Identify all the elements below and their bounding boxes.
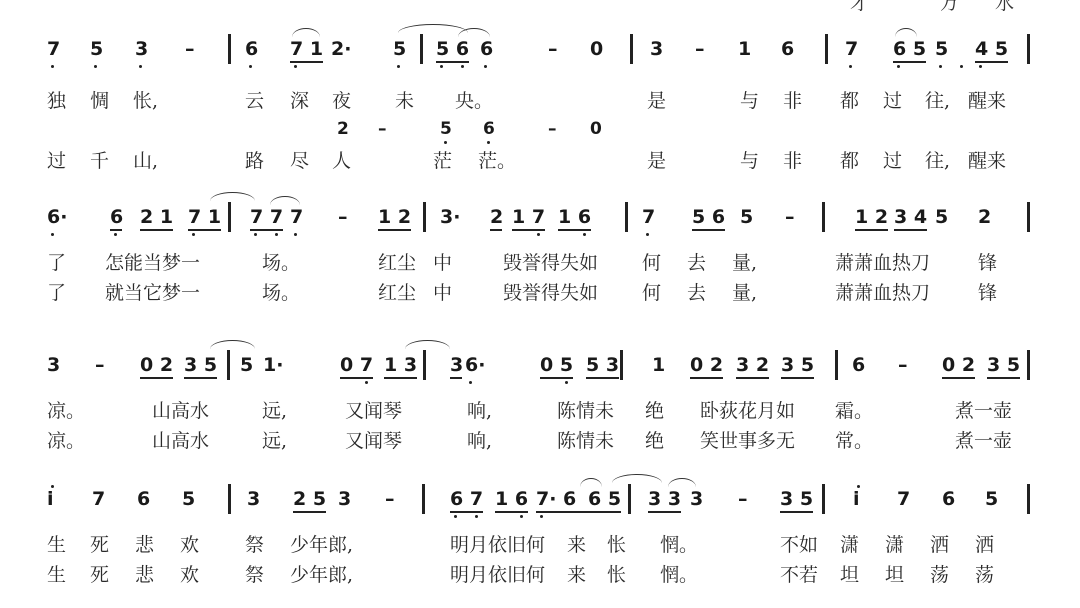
slur-arc [458,28,490,37]
jianpu-note: 6· [465,354,485,376]
jianpu-note: 1 3 [384,354,417,376]
low-octave-dot [275,233,278,236]
jianpu-note: 6 [110,206,123,228]
jianpu-note: 7 [845,38,858,60]
lyric-verse-1: 祭 [245,534,264,556]
jianpu-note: 1 7 [512,206,545,228]
beam-underline [558,229,591,231]
lyric-verse-2: 茫。 [478,150,516,172]
beam-underline [588,511,621,513]
beam-underline [250,229,283,231]
jianpu-note: 5 3 [586,354,619,376]
lyric-verse-1: 怅 [607,534,626,556]
barline [1027,34,1030,64]
beam-underline [736,377,769,379]
beam-underline [188,229,221,231]
beam-underline [512,229,545,231]
lyric-verse-2: 惘。 [660,564,698,586]
jianpu-note: 5 [240,354,253,376]
lyric-verse-2: 非 [783,150,802,172]
low-octave-dot [114,233,117,236]
lyric-verse-1: 量, [732,252,757,274]
partial-lyric: 万 [940,0,959,15]
jianpu-note: 0 2 [942,354,975,376]
beam-underline [893,61,926,63]
lyric-verse-1: 惆 [90,90,109,112]
beam-underline [586,377,619,379]
beam-underline [855,229,888,231]
beam-underline [436,61,469,63]
jianpu-note: 1 6 [558,206,591,228]
barline [420,34,423,64]
low-octave-dot [294,233,297,236]
low-octave-dot [469,381,472,384]
high-octave-dot [51,485,54,488]
jianpu-note: 2 [490,206,503,228]
jianpu-note: 6 [781,38,794,60]
jianpu-note: 6 5 [893,38,926,60]
low-octave-dot [849,65,852,68]
beam-underline [690,377,723,379]
low-octave-dot [454,515,457,518]
jianpu-note: 5 6 [436,38,469,60]
jianpu-note: 0 [590,38,603,60]
jianpu-note: – [548,38,558,60]
jianpu-note: 6 [942,488,955,510]
jianpu-note: 1 2 [378,206,411,228]
lyric-verse-1: 明月依旧何 [450,534,545,556]
jianpu-note: 5 [393,38,406,60]
beam-underline [290,61,323,63]
beam-underline [648,511,681,513]
lyric-verse-1: 卧荻花月如 [700,400,795,422]
low-octave-dot [897,65,900,68]
lyric-verse-1: 欢 [180,534,199,556]
beam-underline [536,511,591,513]
barline [625,202,628,232]
lyric-verse-1: 生 [47,534,66,556]
lyric-verse-2: 山, [133,150,158,172]
lyric-verse-1: 往, [925,90,950,112]
jianpu-note: 6 [852,354,865,376]
alt-note: 6 [483,118,495,140]
barline [835,350,838,380]
low-octave-dot [960,65,963,68]
jianpu-note: 5 [935,206,948,228]
lyric-verse-2: 来 [567,564,586,586]
lyric-verse-1: 惘。 [660,534,698,556]
jianpu-note: 3 [338,488,351,510]
jianpu-note: 3 [450,354,463,376]
slur-arc [292,28,320,37]
barline [825,34,828,64]
barline [228,484,231,514]
lyric-verse-1: 悲 [135,534,154,556]
jianpu-note: 6 [480,38,493,60]
barline [423,350,426,380]
lyric-verse-1: 山高水 [152,400,209,422]
high-octave-dot [857,485,860,488]
barline [822,484,825,514]
partial-lyric: 才 [850,0,869,15]
alt-note: 5 [440,118,452,140]
jianpu-note: 3 5 [781,354,814,376]
lyric-verse-1: 场。 [262,252,300,274]
jianpu-note: 3 5 [780,488,813,510]
lyric-verse-1: 独 [47,90,66,112]
lyric-verse-2: 茫 [433,150,452,172]
lyric-verse-1: 凉。 [47,400,85,422]
low-octave-dot [537,233,540,236]
lyric-verse-2: 煮一壶 [955,430,1012,452]
low-octave-dot [461,65,464,68]
lyric-verse-2: 山高水 [152,430,209,452]
lyric-verse-1: 过 [883,90,902,112]
low-octave-dot [365,381,368,384]
jianpu-note: – [695,38,705,60]
lyric-verse-1: 潇 [840,534,859,556]
jianpu-note: 0 2 [140,354,173,376]
lyric-verse-2: 萧萧血热刀 [835,282,930,304]
lyric-verse-1: 未 [395,90,414,112]
jianpu-note: – [95,354,105,376]
lyric-verse-1: 陈情未 [557,400,614,422]
barline [422,484,425,514]
beam-underline [781,377,814,379]
lyric-verse-2: 悲 [135,564,154,586]
lyric-verse-2: 不若 [780,564,818,586]
barline [628,484,631,514]
jianpu-note: 2 [978,206,991,228]
beam-underline [184,377,217,379]
jianpu-note: 3 2 [736,354,769,376]
lyric-verse-2: 去 [687,282,706,304]
low-octave-dot [249,65,252,68]
lyric-verse-2: 量, [732,282,757,304]
lyric-verse-2: 红尘 [378,282,416,304]
barline [228,202,231,232]
lyric-verse-2: 醒来 [968,150,1006,172]
barline [630,34,633,64]
jianpu-note: i [853,488,860,510]
jianpu-note: 1 [738,38,751,60]
low-octave-dot [397,65,400,68]
beam-underline [450,377,462,379]
beam-underline [692,229,725,231]
partial-lyric: 水 [995,0,1014,15]
lyric-verse-1: 怅, [133,90,158,112]
lyric-verse-1: 怎能当梦一 [105,252,200,274]
beam-underline [495,511,528,513]
lyric-verse-1: 了 [47,252,66,274]
lyric-verse-2: 往, [925,150,950,172]
jianpu-note: 7 [897,488,910,510]
low-octave-dot [294,65,297,68]
lyric-verse-2: 荡 [930,564,949,586]
jianpu-note: 7 1 [290,38,323,60]
lyric-verse-1: 醒来 [968,90,1006,112]
jianpu-note: 5 [740,206,753,228]
barline [1027,202,1030,232]
beam-underline [378,229,411,231]
lyric-verse-1: 是 [647,90,666,112]
jianpu-note: – [738,488,748,510]
lyric-verse-1: 央。 [455,90,493,112]
slur-arc [668,478,696,487]
jianpu-note: 7 1 [188,206,221,228]
barline [227,350,230,380]
alt-note: – [548,118,557,140]
low-octave-dot [520,515,523,518]
jianpu-note: 3 [650,38,663,60]
lyric-verse-1: 又闻琴 [345,400,402,422]
low-octave-dot [51,65,54,68]
jianpu-note: 3 5 [987,354,1020,376]
jianpu-note: 3 [247,488,260,510]
jianpu-note: 5 6 [692,206,725,228]
lyric-verse-2: 远, [262,430,287,452]
lyric-verse-1: 煮一壶 [955,400,1012,422]
lyric-verse-1: 都 [840,90,859,112]
low-octave-dot [979,65,982,68]
jianpu-note: 2 1 [140,206,173,228]
slur-arc [270,196,300,205]
jianpu-note: 7 [290,206,303,228]
jianpu-note: 0 7 [340,354,373,376]
lyric-verse-1: 云 [245,90,264,112]
jianpu-note: 1 [652,354,665,376]
beam-underline [140,229,173,231]
beam-underline [490,229,502,231]
lyric-verse-1: 中 [433,252,452,274]
low-octave-dot [939,65,942,68]
lyric-verse-1: 锋 [978,252,997,274]
lyric-verse-2: 少年郎, [290,564,353,586]
lyric-verse-2: 荡 [975,564,994,586]
lyric-verse-1: 去 [687,252,706,274]
lyric-verse-2: 死 [90,564,109,586]
alt-note: 2 [337,118,349,140]
lyric-verse-2: 凉。 [47,430,85,452]
lyric-verse-1: 何 [642,252,661,274]
jianpu-note: 6· [47,206,67,228]
jianpu-note: 1 6 [495,488,528,510]
slur-arc [405,340,450,349]
lyric-verse-2: 毁誉得失如 [503,282,598,304]
lyric-verse-2: 祭 [245,564,264,586]
barline [228,34,231,64]
jianpu-note: 2 5 [293,488,326,510]
lyric-verse-1: 少年郎, [290,534,353,556]
lyric-verse-2: 路 [245,150,264,172]
lyric-verse-1: 死 [90,534,109,556]
lyric-verse-2: 中 [433,282,452,304]
jianpu-note: 7 [47,38,60,60]
slur-arc [895,28,917,37]
low-octave-dot [192,233,195,236]
jianpu-note: 1· [263,354,283,376]
lyric-verse-2: 是 [647,150,666,172]
jianpu-note: 7· 6 [536,488,576,510]
lyric-verse-2: 欢 [180,564,199,586]
beam-underline [293,511,326,513]
lyric-verse-2: 生 [47,564,66,586]
jianpu-note: 1 2 [855,206,888,228]
low-octave-dot [254,233,257,236]
lyric-verse-2: 怅 [607,564,626,586]
lyric-verse-1: 霜。 [835,400,873,422]
lyric-verse-2: 绝 [645,430,664,452]
jianpu-note: 5 [182,488,195,510]
lyric-verse-1: 毁誉得失如 [503,252,598,274]
slur-arc [210,192,255,201]
beam-underline [975,61,1008,63]
slur-arc [580,478,602,487]
jianpu-note: – [898,354,908,376]
lyric-verse-2: 何 [642,282,661,304]
slur-arc [398,24,468,33]
lyric-verse-1: 绝 [645,400,664,422]
jianpu-note: – [338,206,348,228]
jianpu-note: 4 5 [975,38,1008,60]
low-octave-dot [94,65,97,68]
lyric-verse-1: 潇 [885,534,904,556]
beam-underline [340,377,373,379]
lyric-verse-2: 坦 [885,564,904,586]
jianpu-note: 6 [245,38,258,60]
beam-underline [110,229,122,231]
low-octave-dot [646,233,649,236]
jianpu-note: 3 [690,488,703,510]
jianpu-note: 5 [90,38,103,60]
jianpu-note: 3 5 [184,354,217,376]
jianpu-note: 3 [135,38,148,60]
lyric-verse-2: 都 [840,150,859,172]
barline [1027,350,1030,380]
jianpu-note: 0 5 [540,354,573,376]
jianpu-note: 5 [935,38,948,60]
jianpu-note: 0 2 [690,354,723,376]
jianpu-note: – [785,206,795,228]
barline [620,350,623,380]
beam-underline [450,511,483,513]
alt-note: 0 [590,118,602,140]
jianpu-note: 7 [92,488,105,510]
lyric-verse-2: 陈情未 [557,430,614,452]
slur-arc [210,340,255,349]
low-octave-dot [444,141,447,144]
lyric-verse-1: 红尘 [378,252,416,274]
low-octave-dot [583,233,586,236]
lyric-verse-1: 来 [567,534,586,556]
jianpu-note: 3 4 [894,206,927,228]
jianpu-note: 2· [331,38,351,60]
lyric-verse-2: 千 [90,150,109,172]
lyric-verse-1: 不如 [780,534,818,556]
jianpu-note: 7 7 [250,206,283,228]
barline [822,202,825,232]
beam-underline [140,377,173,379]
lyric-verse-1: 非 [783,90,802,112]
lyric-verse-2: 常。 [835,430,873,452]
slur-arc [612,474,662,483]
alt-note: – [378,118,387,140]
low-octave-dot [139,65,142,68]
beam-underline [987,377,1020,379]
low-octave-dot [565,381,568,384]
low-octave-dot [540,515,543,518]
beam-underline [780,511,813,513]
lyric-verse-2: 坦 [840,564,859,586]
jianpu-note: 3 3 [648,488,681,510]
lyric-verse-2: 人 [332,150,351,172]
lyric-verse-1: 洒 [930,534,949,556]
lyric-verse-1: 洒 [975,534,994,556]
lyric-verse-2: 过 [47,150,66,172]
barline [1027,484,1030,514]
lyric-verse-2: 场。 [262,282,300,304]
lyric-verse-1: 深 [290,90,309,112]
lyric-verse-2: 尽 [290,150,309,172]
low-octave-dot [475,515,478,518]
lyric-verse-1: 与 [740,90,759,112]
lyric-verse-2: 响, [467,430,492,452]
beam-underline [384,377,417,379]
jianpu-note: 3 [47,354,60,376]
lyric-verse-2: 又闻琴 [345,430,402,452]
low-octave-dot [440,65,443,68]
jianpu-note: 7 [642,206,655,228]
jianpu-note: – [185,38,195,60]
lyric-verse-2: 过 [883,150,902,172]
jianpu-note: 6 [137,488,150,510]
beam-underline [540,377,573,379]
jianpu-note: 3· [440,206,460,228]
lyric-verse-1: 响, [467,400,492,422]
lyric-verse-1: 萧萧血热刀 [835,252,930,274]
beam-underline [942,377,975,379]
lyric-verse-2: 就当它梦一 [105,282,200,304]
lyric-verse-2: 明月依旧何 [450,564,545,586]
lyric-verse-2: 锋 [978,282,997,304]
jianpu-note: 6 7 [450,488,483,510]
lyric-verse-2: 笑世事多无 [700,430,795,452]
jianpu-note: i [47,488,54,510]
lyric-verse-2: 了 [47,282,66,304]
lyric-verse-1: 远, [262,400,287,422]
lyric-verse-1: 夜 [332,90,351,112]
jianpu-note: 5 [985,488,998,510]
low-octave-dot [484,65,487,68]
low-octave-dot [51,233,54,236]
jianpu-note: 6 5 [588,488,621,510]
jianpu-note: – [385,488,395,510]
lyric-verse-2: 与 [740,150,759,172]
barline [423,202,426,232]
low-octave-dot [487,141,490,144]
beam-underline [894,229,927,231]
